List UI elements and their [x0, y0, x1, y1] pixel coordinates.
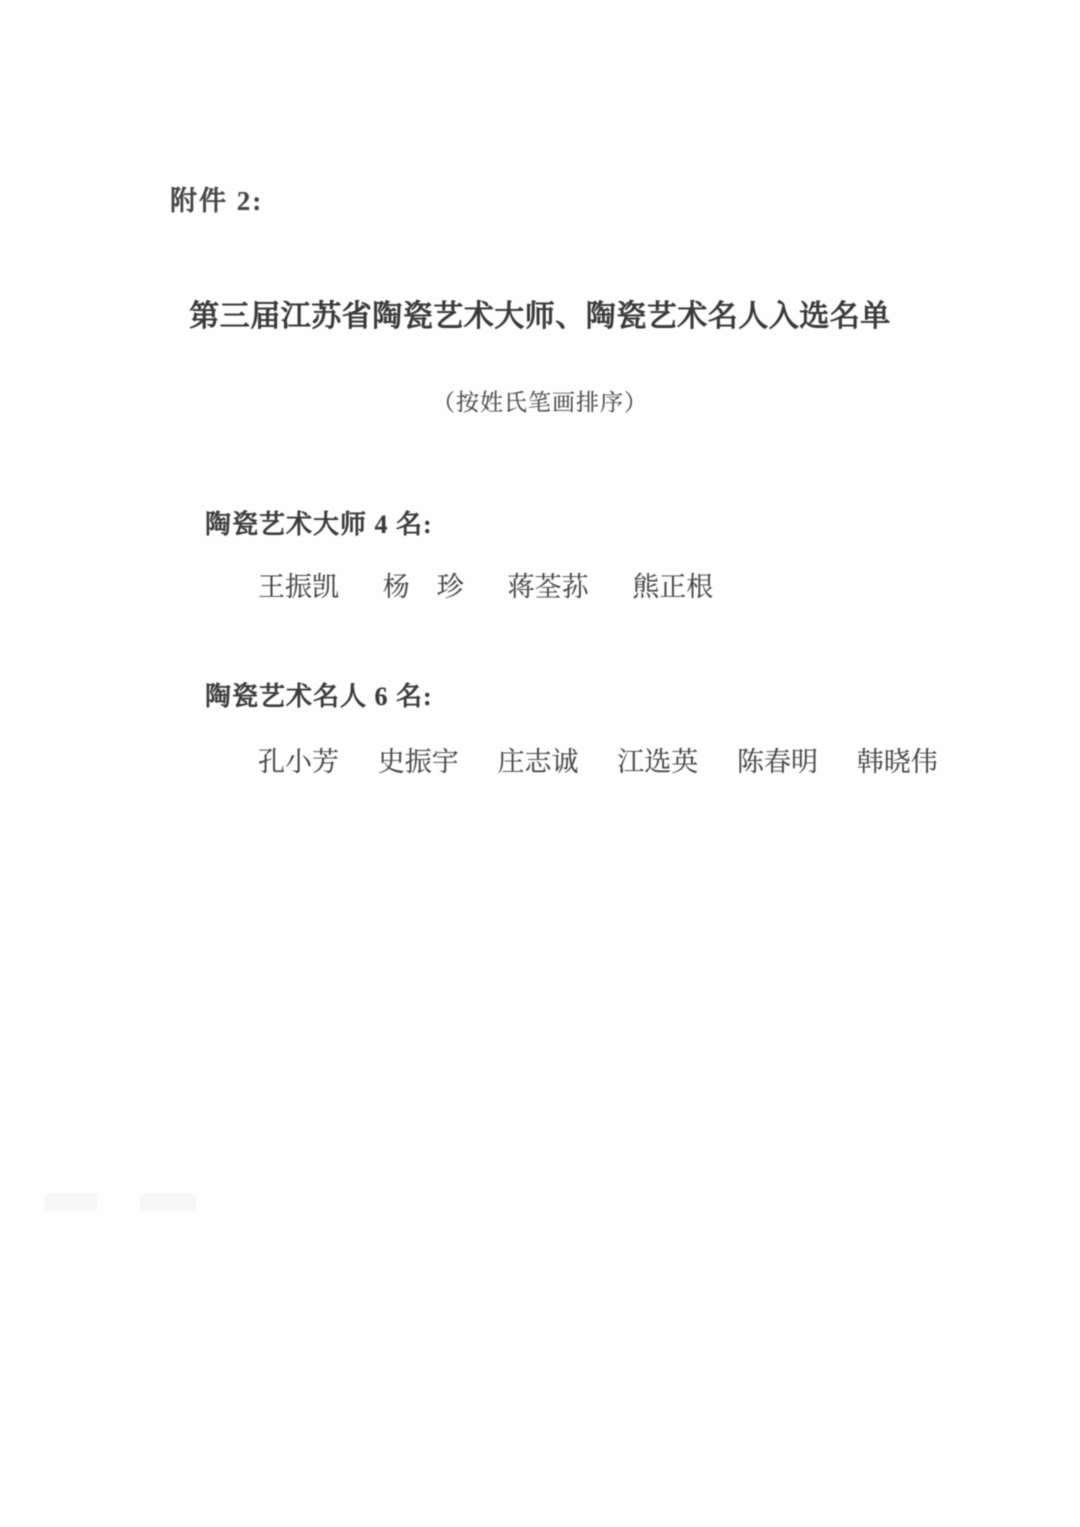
scan-smudge [140, 1193, 196, 1211]
celebrity-name: 史振宇 [378, 747, 459, 777]
scan-smudge [45, 1193, 97, 1211]
celebrity-name: 江选英 [617, 747, 698, 777]
scanned-document-page: 附件 2: 第三届江苏省陶瓷艺术大师、陶瓷艺术名人入选名单 （按姓氏笔画排序） … [0, 0, 1080, 1527]
celebrities-name-list: 孔小芳 史振宇 庄志诚 江选英 陈春明 韩晓伟 [258, 740, 938, 779]
celebrity-name: 孔小芳 [258, 747, 339, 777]
celebrity-name: 陈春明 [737, 747, 818, 777]
master-name: 王振凯 [258, 572, 339, 602]
master-name: 杨 珍 [383, 572, 464, 602]
document-title: 第三届江苏省陶瓷艺术大师、陶瓷艺术名人入选名单 [0, 291, 1080, 335]
masters-name-list: 王振凯 杨 珍 蒋荃荪 熊正根 [258, 565, 713, 604]
celebrity-name: 庄志诚 [498, 747, 579, 777]
celebrity-name: 韩晓伟 [857, 747, 938, 777]
masters-section-heading: 陶瓷艺术大师 4 名: [205, 504, 433, 541]
attachment-label: 附件 2: [170, 179, 263, 218]
master-name: 蒋荃荪 [508, 572, 589, 602]
sort-order-note: （按姓氏笔画排序） [0, 384, 1080, 417]
master-name: 熊正根 [632, 572, 713, 602]
celebrities-section-heading: 陶瓷艺术名人 6 名: [205, 676, 433, 713]
